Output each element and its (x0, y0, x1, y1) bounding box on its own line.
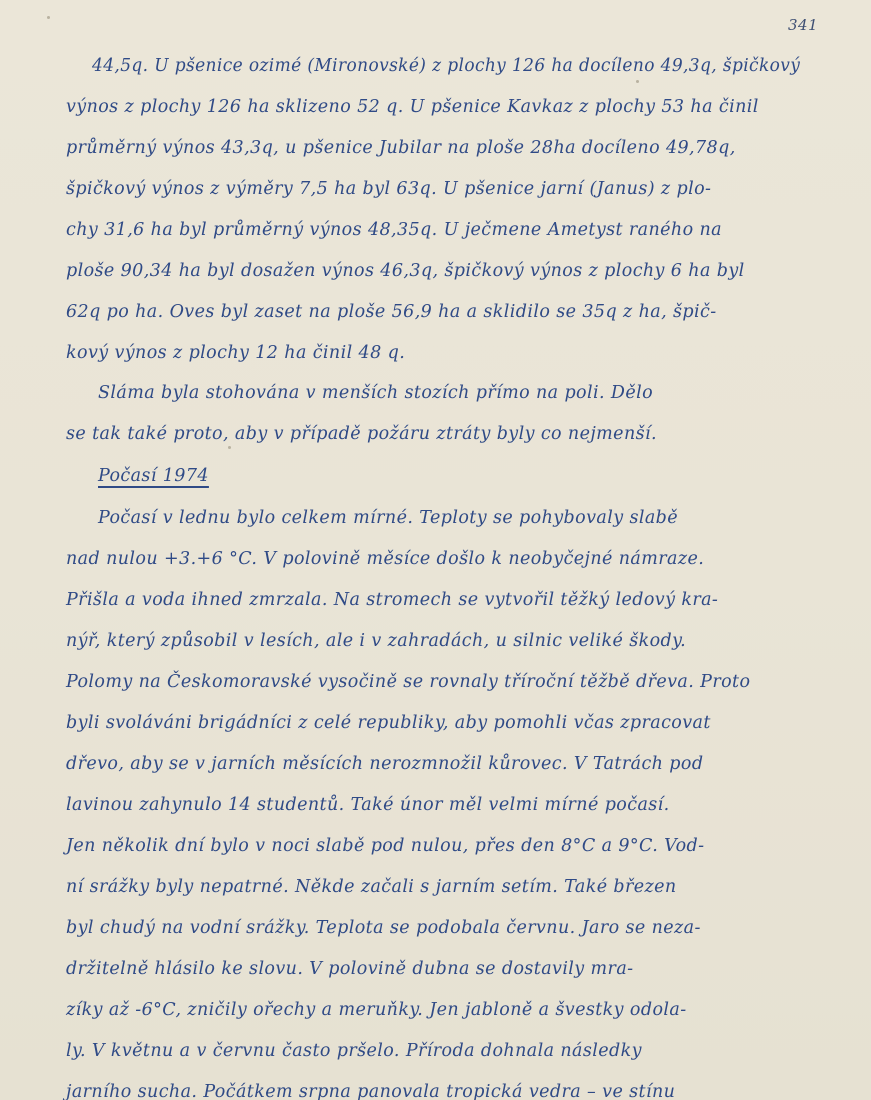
text-line: držitelně hlásilo ke slovu. V polovině d… (66, 959, 633, 979)
text-line: výnos z plochy 126 ha sklizeno 52 q. U p… (66, 97, 759, 117)
text-line: nad nulou +3.+6 °C. V polovině měsíce do… (66, 549, 704, 569)
text-line: kový výnos z plochy 12 ha činil 48 q. (66, 343, 405, 363)
text-line: 62q po ha. Oves byl zaset na ploše 56,9 … (66, 302, 717, 322)
text-line: Polomy na Českomoravské vysočině se rovn… (66, 672, 750, 692)
text-line: Jen několik dní bylo v noci slabě pod nu… (66, 836, 704, 856)
text-line: zíky až -6°C, zničily ořechy a meruňky. … (66, 1000, 687, 1020)
text-line: Přišla a voda ihned zmrzala. Na stromech… (66, 590, 718, 610)
paper-speck (228, 446, 231, 449)
text-line: ní srážky byly nepatrné. Někde začali s … (66, 877, 677, 897)
paper-speck (47, 16, 50, 19)
handwritten-chronicle-page: 341 44,5q. U pšenice ozimé (Mironovské) … (0, 0, 871, 1100)
text-line: 44,5q. U pšenice ozimé (Mironovské) z pl… (92, 56, 800, 76)
text-line: lavinou zahynulo 14 studentů. Také únor … (66, 795, 670, 815)
text-line: Počasí v lednu bylo celkem mírné. Teplot… (98, 508, 678, 528)
text-line: průměrný výnos 43,3q, u pšenice Jubilar … (66, 138, 736, 158)
section-heading: Počasí 1974 (98, 466, 209, 486)
text-line: nýř, který způsobil v lesích, ale i v za… (66, 631, 686, 651)
text-line: dřevo, aby se v jarních měsících nerozmn… (66, 754, 703, 774)
text-line: chy 31,6 ha byl průměrný výnos 48,35q. U… (66, 220, 722, 240)
text-line: byli svoláváni brigádníci z celé republi… (66, 713, 711, 733)
text-line: špičkový výnos z výměry 7,5 ha byl 63q. … (66, 179, 711, 199)
text-line: se tak také proto, aby v případě požáru … (66, 424, 657, 444)
paper-speck (636, 80, 639, 83)
text-line: byl chudý na vodní srážky. Teplota se po… (66, 918, 701, 938)
text-line: Sláma byla stohována v menších stozích p… (98, 383, 653, 403)
text-line: jarního sucha. Počátkem srpna panovala t… (66, 1082, 675, 1100)
text-line: ly. V květnu a v červnu často pršelo. Př… (66, 1041, 642, 1061)
text-line: ploše 90,34 ha byl dosažen výnos 46,3q, … (66, 261, 745, 281)
page-number: 341 (788, 16, 818, 34)
